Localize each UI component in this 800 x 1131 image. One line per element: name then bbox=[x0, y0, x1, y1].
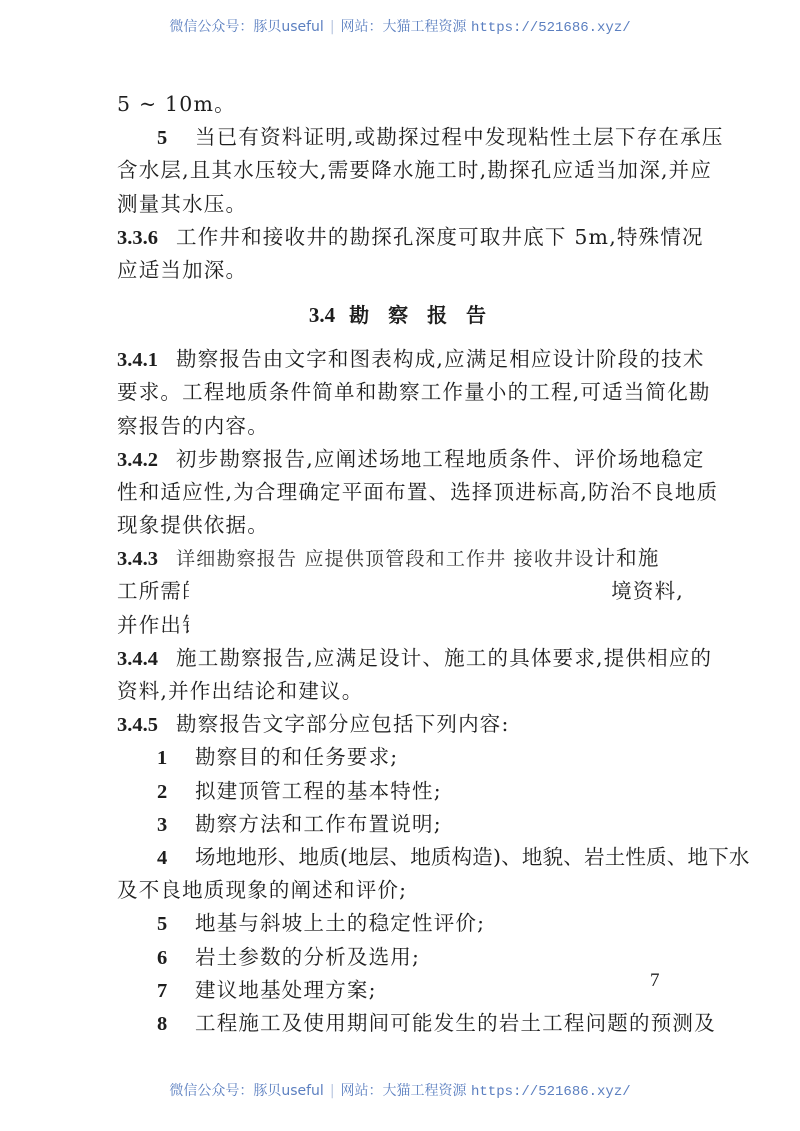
line-end: 境资料, bbox=[611, 575, 684, 608]
item-5-line-1: 5当已有资料证明,或勘探过程中发现粘性土层下存在承压 bbox=[117, 121, 684, 154]
item-number: 4 bbox=[157, 842, 195, 875]
line-start: 工所需的 bbox=[117, 575, 189, 608]
clause-3-4-4-line-1: 3.4.4施工勘察报告,应满足设计、施工的具体要求,提供相应的 bbox=[117, 642, 684, 675]
list-item-8: 8工程施工及使用期间可能发生的岩土工程问题的预测及 bbox=[117, 1007, 684, 1040]
clause-number: 3.4.1 bbox=[117, 349, 158, 371]
item-text: 建议地基处理方案; bbox=[195, 978, 377, 1002]
clause-number: 3.4.2 bbox=[117, 449, 158, 471]
watermark-site: 网站：大猫工程资源 bbox=[341, 19, 467, 35]
item-text: 工程施工及使用期间可能发生的岩土工程问题的预测及 bbox=[195, 1011, 716, 1035]
item-number: 3 bbox=[157, 809, 195, 842]
list-item-7: 7建议地基处理方案; bbox=[117, 974, 684, 1007]
clause-3-3-6-line-2: 应适当加深。 bbox=[117, 254, 684, 287]
text-fragment: 并作出 bbox=[117, 613, 182, 637]
item-5-line-3: 测量其水压。 bbox=[117, 188, 684, 221]
clause-number: 3.4.4 bbox=[117, 648, 158, 670]
list-item-6: 6岩土参数的分析及选用; bbox=[117, 941, 684, 974]
clause-3-4-5-line-1: 3.4.5勘察报告文字部分应包括下列内容: bbox=[117, 708, 684, 741]
watermark-header: 微信公众号：豚贝useful|网站：大猫工程资源 https://521686.… bbox=[0, 16, 800, 36]
clause-3-4-1-line-3: 察报告的内容。 bbox=[117, 410, 684, 443]
item-text: 地基与斜坡上土的稳定性评价; bbox=[195, 911, 485, 935]
watermark-account: 微信公众号：豚贝useful bbox=[169, 19, 323, 35]
item-number: 5 bbox=[157, 122, 195, 155]
clause-3-4-3-occluded-block: 3.4.3详细勘察报告 应提供顶管段和工作井 接收井设计和施 工所需的 境资料,… bbox=[117, 542, 684, 642]
clause-3-4-1-line-2: 要求。工程地质条件简单和勘察工作量小的工程,可适当简化勘 bbox=[117, 376, 684, 409]
item-text: 岩土参数的分析及选用; bbox=[195, 945, 420, 969]
clause-3-4-4-line-2: 资料,并作出结论和建议。 bbox=[117, 675, 684, 708]
list-item-2: 2拟建顶管工程的基本特性; bbox=[117, 775, 684, 808]
list-item-4-line-2: 及不良地质现象的阐述和评价; bbox=[117, 874, 684, 907]
watermark-url[interactable]: https://521686.xyz/ bbox=[471, 20, 631, 36]
clause-text: 工作井和接收井的勘探孔深度可取井底下 5m,特殊情况 bbox=[176, 225, 704, 249]
clause-3-4-3-line-1: 3.4.3详细勘察报告 应提供顶管段和工作井 接收井设计和施 bbox=[117, 542, 684, 575]
item-5-line-2: 含水层,且其水压较大,需要降水施工时,勘探孔应适当加深,并应 bbox=[117, 154, 684, 187]
clause-text: 勘察报告由文字和图表构成,应满足相应设计阶段的技术 bbox=[176, 347, 705, 371]
clause-number: 3.4.3 bbox=[117, 548, 158, 570]
section-number: 3.4 bbox=[309, 303, 335, 327]
item-number: 8 bbox=[157, 1008, 195, 1041]
watermark-account: 微信公众号：豚贝useful bbox=[169, 1083, 323, 1099]
item-text: 拟建顶管工程的基本特性; bbox=[195, 779, 442, 803]
clause-3-4-2-line-2: 性和适应性,为合理确定平面布置、选择顶进标高,防治不良地质 bbox=[117, 476, 684, 509]
list-item-5: 5地基与斜坡上土的稳定性评价; bbox=[117, 907, 684, 940]
watermark-separator: | bbox=[330, 1083, 335, 1099]
list-item-1: 1勘察目的和任务要求; bbox=[117, 741, 684, 774]
clause-number: 3.4.5 bbox=[117, 714, 158, 736]
item-text: 当已有资料证明,或勘探过程中发现粘性土层下存在承压 bbox=[195, 125, 724, 149]
continuation-line: 5 ~ 10m。 bbox=[117, 88, 684, 121]
item-text: 场地地形、地质(地层、地质构造)、地貌、岩土性质、地下水 bbox=[195, 845, 750, 869]
watermark-separator: | bbox=[330, 19, 335, 35]
item-number: 1 bbox=[157, 742, 195, 775]
clause-number: 3.3.6 bbox=[117, 227, 158, 249]
item-text: 勘察目的和任务要求; bbox=[195, 745, 398, 769]
page-number: 7 bbox=[650, 970, 660, 992]
clause-text: 勘察报告文字部分应包括下列内容: bbox=[176, 712, 510, 736]
clause-text-end: 计和施 bbox=[594, 546, 659, 570]
clause-3-4-2-line-3: 现象提供依据。 bbox=[117, 509, 684, 542]
list-item-3: 3勘察方法和工作布置说明; bbox=[117, 808, 684, 841]
text-fragment: 工所需 bbox=[117, 579, 182, 603]
section-heading: 3.4勘 察 报 告 bbox=[117, 287, 684, 343]
cut-glyph: 的 bbox=[182, 575, 189, 608]
item-number: 2 bbox=[157, 776, 195, 809]
document-page: 5 ~ 10m。 5当已有资料证明,或勘探过程中发现粘性土层下存在承压 含水层,… bbox=[117, 88, 684, 1040]
clause-3-4-2-line-1: 3.4.2初步勘察报告,应阐述场地工程地质条件、评价场地稳定 bbox=[117, 443, 684, 476]
clause-3-4-3-line-2: 工所需的 境资料, bbox=[117, 575, 684, 608]
clause-3-4-1-line-1: 3.4.1勘察报告由文字和图表构成,应满足相应设计阶段的技术 bbox=[117, 343, 684, 376]
item-number: 6 bbox=[157, 942, 195, 975]
item-text: 勘察方法和工作布置说明; bbox=[195, 812, 442, 836]
watermark-site: 网站：大猫工程资源 bbox=[341, 1083, 467, 1099]
clause-3-4-3-line-3: 并作出钅 bbox=[117, 609, 684, 642]
item-number: 5 bbox=[157, 908, 195, 941]
watermark-footer: 微信公众号：豚贝useful|网站：大猫工程资源 https://521686.… bbox=[0, 1080, 800, 1100]
clause-3-3-6-line-1: 3.3.6工作井和接收井的勘探孔深度可取井底下 5m,特殊情况 bbox=[117, 221, 684, 254]
watermark-url[interactable]: https://521686.xyz/ bbox=[471, 1084, 631, 1100]
item-number: 7 bbox=[157, 975, 195, 1008]
clause-text: 初步勘察报告,应阐述场地工程地质条件、评价场地稳定 bbox=[176, 447, 705, 471]
clause-text: 施工勘察报告,应满足设计、施工的具体要求,提供相应的 bbox=[176, 646, 712, 670]
clause-text-partial: 详细勘察报告 应提供顶管段和工作井 接收井设 bbox=[176, 548, 594, 570]
section-title: 勘 察 报 告 bbox=[349, 303, 492, 327]
list-item-4: 4场地地形、地质(地层、地质构造)、地貌、岩土性质、地下水 bbox=[117, 841, 684, 874]
cut-glyph: 钅 bbox=[182, 609, 189, 642]
